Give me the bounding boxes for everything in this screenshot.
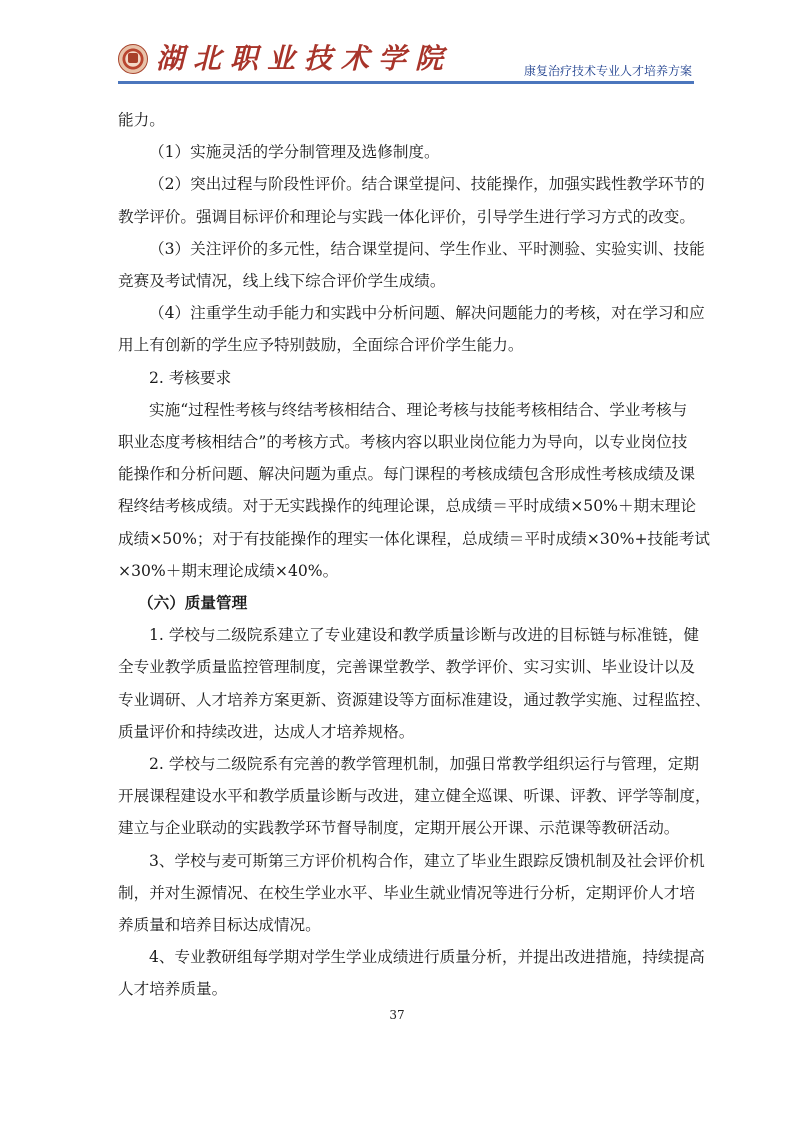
text-line: 程终结考核成绩。对于无实践操作的纯理论课，总成绩＝平时成绩×50%＋期末理论 xyxy=(118,490,694,522)
text-line: 能操作和分析问题、解决问题为重点。每门课程的考核成绩包含形成性考核成绩及课 xyxy=(118,458,694,490)
page-header: 湖北职业技术学院 康复治疗技术专业人才培养方案 xyxy=(118,38,694,84)
school-logo-icon xyxy=(118,44,148,74)
text-line: 质量评价和持续改进，达成人才培养规格。 xyxy=(118,716,694,748)
document-title: 康复治疗技术专业人才培养方案 xyxy=(524,62,692,79)
text-line: 开展课程建设水平和教学质量诊断与改进，建立健全巡课、听课、评教、评学等制度， xyxy=(118,780,694,812)
text-line: 专业调研、人才培养方案更新、资源建设等方面标准建设，通过教学实施、过程监控、 xyxy=(118,684,694,716)
text-line: （1）实施灵活的学分制管理及选修制度。 xyxy=(118,136,694,168)
text-line: （3）关注评价的多元性，结合课堂提问、学生作业、平时测验、实验实训、技能 xyxy=(118,233,694,265)
school-name: 湖北职业技术学院 xyxy=(156,42,452,76)
text-line: ×30%＋期末理论成绩×40%。 xyxy=(118,555,694,587)
header-divider xyxy=(118,81,694,84)
section-heading: （六）质量管理 xyxy=(118,587,694,619)
text-line: 2. 学校与二级院系有完善的教学管理机制，加强日常教学组织运行与管理，定期 xyxy=(118,748,694,780)
text-line: 养质量和培养目标达成情况。 xyxy=(118,909,694,941)
text-line: 4、专业教研组每学期对学生学业成绩进行质量分析，并提出改进措施，持续提高 xyxy=(118,941,694,973)
text-line: 能力。 xyxy=(118,104,694,136)
text-line: 1. 学校与二级院系建立了专业建设和教学质量诊断与改进的目标链与标准链，健 xyxy=(118,619,694,651)
text-line: 3、学校与麦可斯第三方评价机构合作，建立了毕业生跟踪反馈机制及社会评价机 xyxy=(118,845,694,877)
text-line: 教学评价。强调目标评价和理论与实践一体化评价，引导学生进行学习方式的改变。 xyxy=(118,201,694,233)
text-line: 人才培养质量。 xyxy=(118,973,694,1005)
text-line: 成绩×50%；对于有技能操作的理实一体化课程，总成绩＝平时成绩×30%+技能考试 xyxy=(118,523,694,555)
subsection-heading: 2. 考核要求 xyxy=(118,362,694,394)
text-line: 全专业教学质量监控管理制度，完善课堂教学、教学评价、实习实训、毕业设计以及 xyxy=(118,651,694,683)
page-body: 能力。 （1）实施灵活的学分制管理及选修制度。 （2）突出过程与阶段性评价。结合… xyxy=(118,104,694,1006)
text-line: 用上有创新的学生应予特别鼓励，全面综合评价学生能力。 xyxy=(118,329,694,361)
text-line: 职业态度考核相结合”的考核方式。考核内容以职业岗位能力为导向，以专业岗位技 xyxy=(118,426,694,458)
page-number: 37 xyxy=(0,1008,794,1022)
text-line: 建立与企业联动的实践教学环节督导制度，定期开展公开课、示范课等教研活动。 xyxy=(118,812,694,844)
text-line: （2）突出过程与阶段性评价。结合课堂提问、技能操作，加强实践性教学环节的 xyxy=(118,168,694,200)
text-line: 实施“过程性考核与终结考核相结合、理论考核与技能考核相结合、学业考核与 xyxy=(118,394,694,426)
text-line: 制，并对生源情况、在校生学业水平、毕业生就业情况等进行分析，定期评价人才培 xyxy=(118,877,694,909)
text-line: （4）注重学生动手能力和实践中分析问题、解决问题能力的考核，对在学习和应 xyxy=(118,297,694,329)
text-line: 竞赛及考试情况，线上线下综合评价学生成绩。 xyxy=(118,265,694,297)
